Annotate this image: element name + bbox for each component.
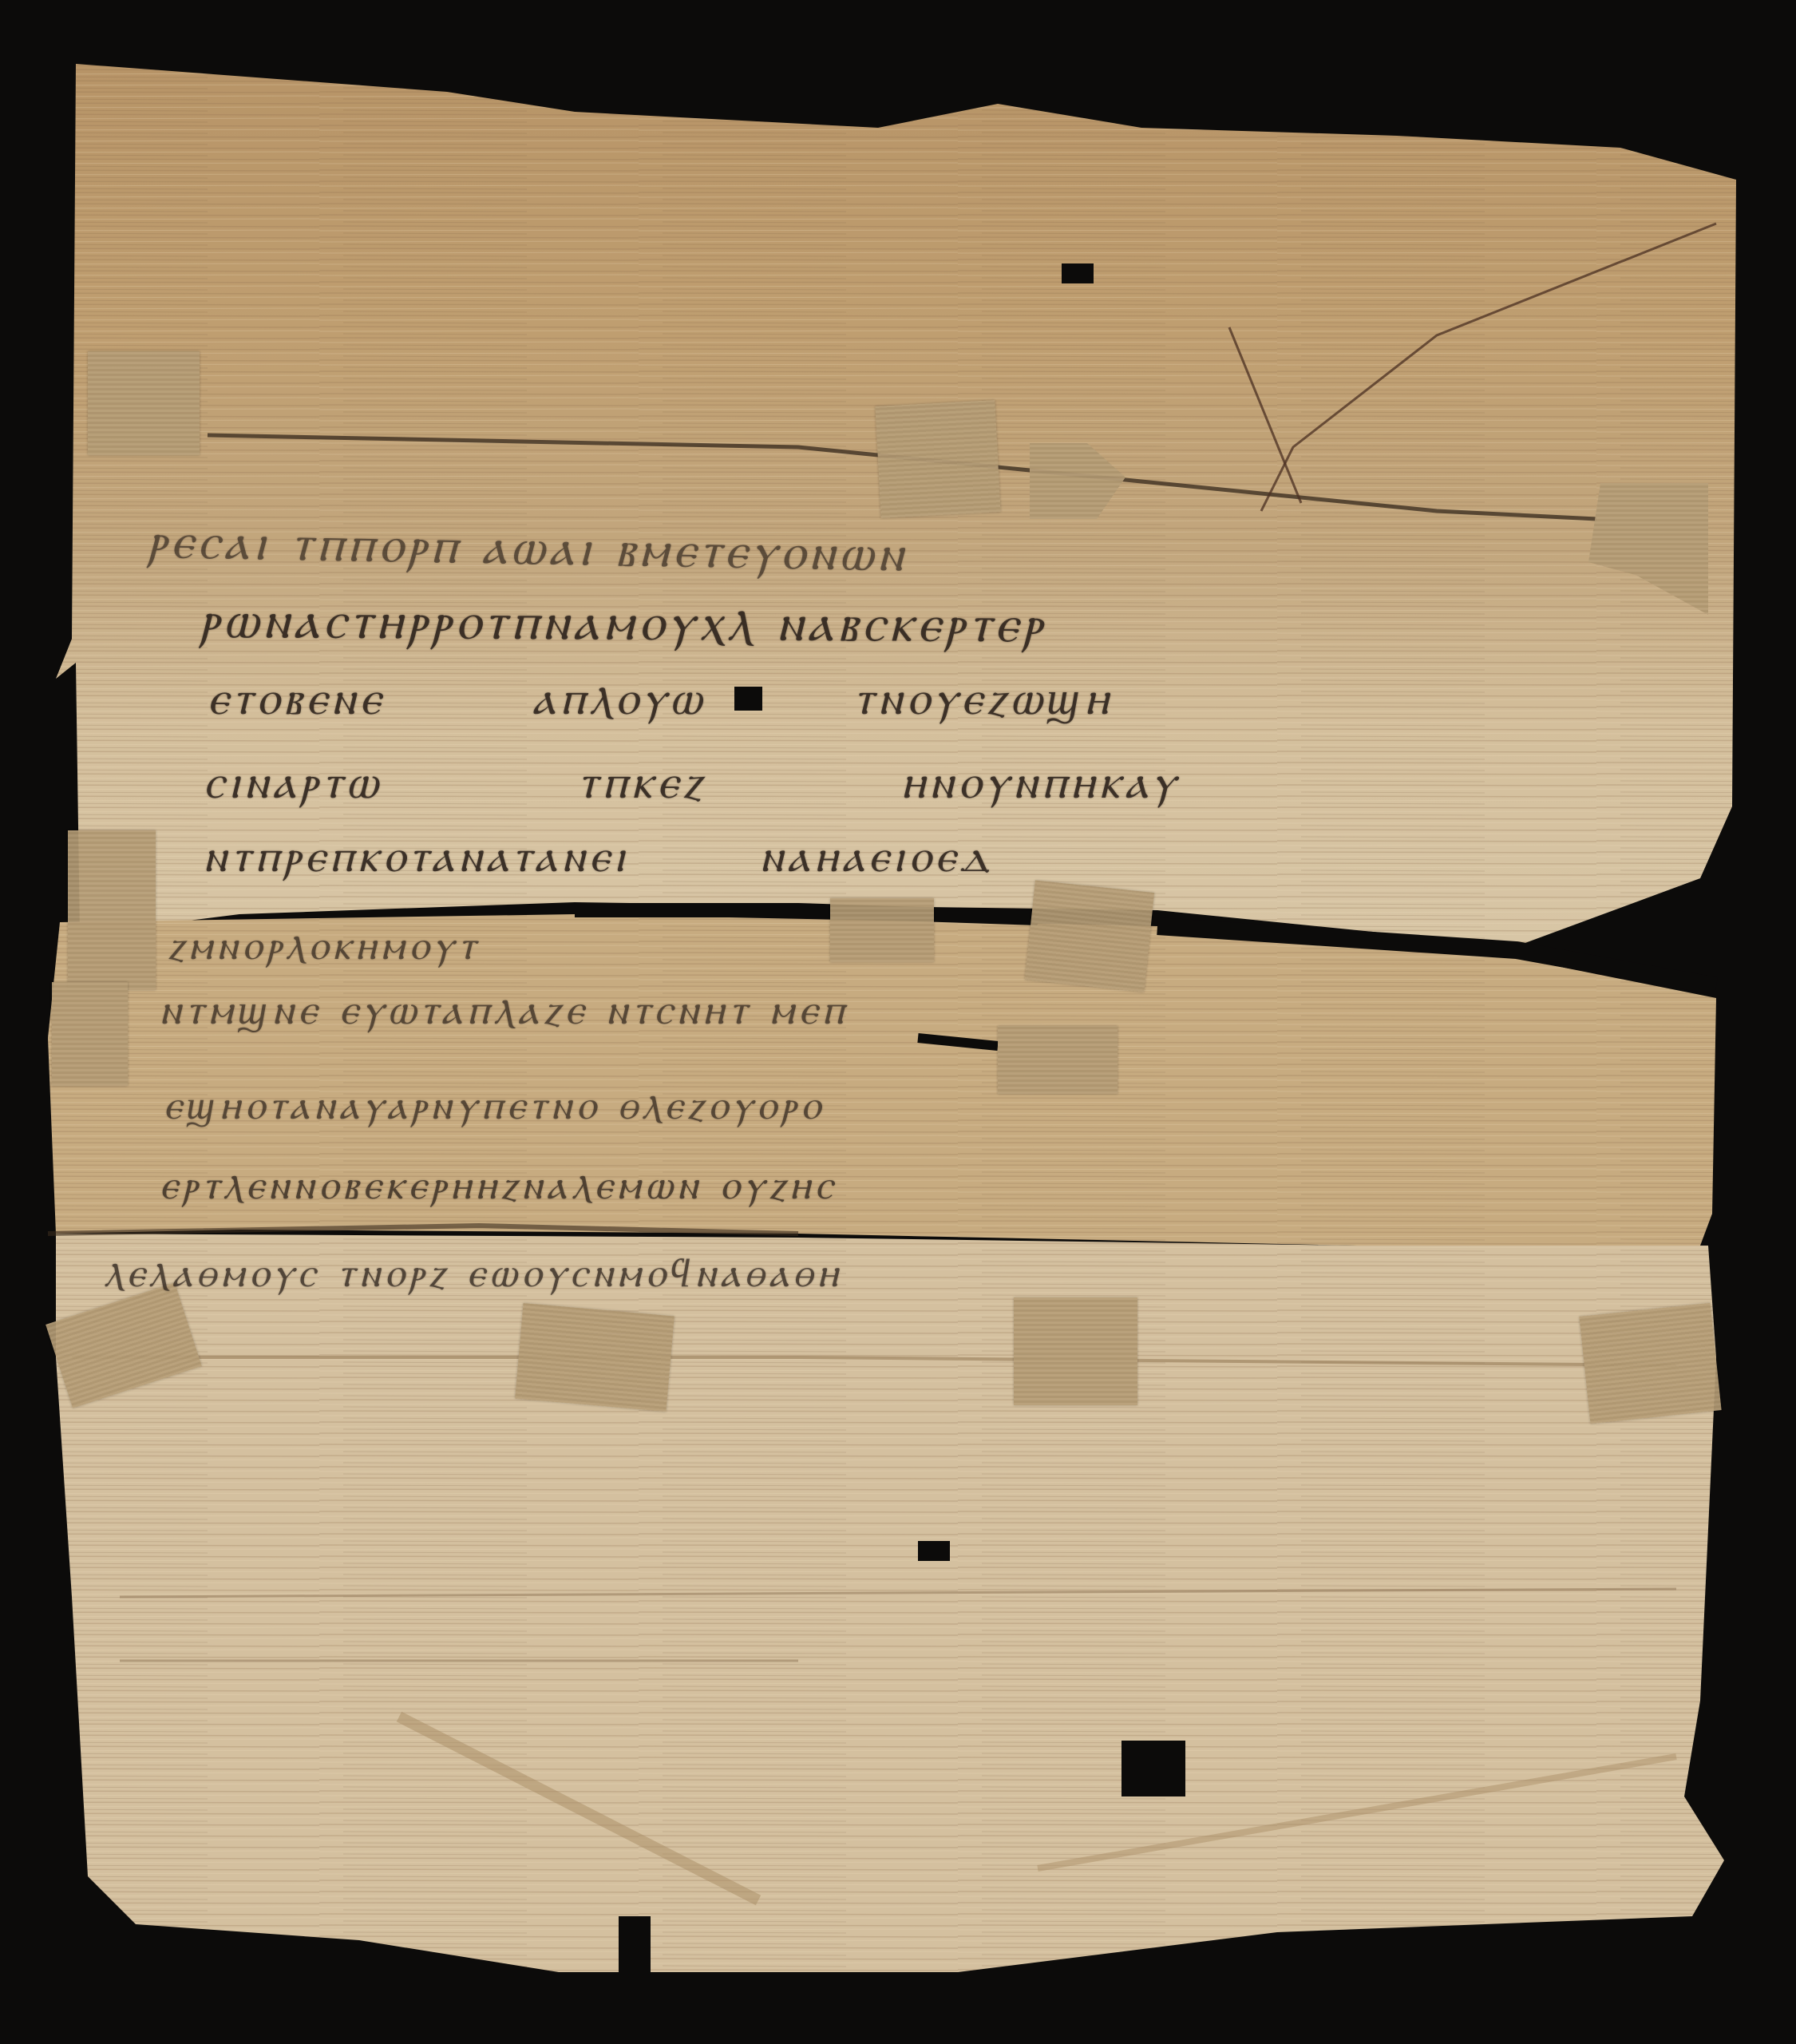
manuscript-line-6: ⲍⲙⲛⲟⲣⲗⲟⲕⲏⲙⲟⲩⲧ [168, 922, 481, 969]
manuscript-line-10: ⲗⲉⲗⲁⲑⲙⲟⲩⲥ ⲧⲛⲟⲣⲍ ⲉⲱⲟⲩⲥⲛⲙⲟϥⲛⲁⲑⲁⲑⲏ [104, 1250, 842, 1297]
repair-patch [1579, 1303, 1721, 1424]
papyrus-hole [918, 1541, 950, 1561]
manuscript-line-9: ⲉⲣⲧⲗⲉⲛⲛⲟⲃⲉⲕⲉⲣⲏⲏⲍⲛⲁⲗⲉⲙⲱⲛ ⲟⲩⲍⲏⲥ [160, 1162, 837, 1209]
papyrus-hole [1122, 1741, 1185, 1796]
repair-patch [68, 830, 156, 990]
repair-patch [1025, 881, 1154, 992]
manuscript-line-7: ⲛⲧⲙϣⲛⲉ ⲉⲩⲱⲧⲁⲡⲗⲁⲍⲉ ⲛⲧⲥⲛⲏⲧ ⲙⲉⲡ [160, 986, 849, 1035]
repair-patch [515, 1303, 674, 1412]
repair-patch [830, 898, 934, 962]
repair-patch [52, 982, 128, 1086]
repair-patch [875, 400, 1000, 518]
manuscript-line-3: ⲉⲧⲟⲃⲉⲛⲉ ⲁⲡⲗⲟⲩⲱ ⲧⲛⲟⲩⲉⲍⲱϣⲏ [208, 671, 1113, 726]
manuscript-line-8: ⲉϣⲏⲟⲧⲁⲛⲁⲩⲁⲣⲛⲩⲡⲉⲧⲛⲟ ⲑⲗⲉⲍⲟⲩⲟⲣⲟ [164, 1082, 825, 1129]
papyrus-hole [619, 1916, 651, 1972]
repair-patch [88, 351, 200, 455]
repair-patch [998, 1026, 1118, 1094]
repair-patch [1014, 1297, 1137, 1405]
papyrus-photo: ⲣⲉⲥⲁⲓ ⲧⲡⲡⲟⲣⲡ ⲁⲱⲁⲓ ⲃⲙⲉⲧⲉⲩⲟⲛⲱⲛ ⲣⲱⲛⲁⲥⲧⲏⲣⲣⲟⲧ… [0, 0, 1796, 2044]
manuscript-line-2: ⲣⲱⲛⲁⲥⲧⲏⲣⲣⲟⲧⲡⲛⲁⲙⲟⲩⲭⲗ ⲛⲁⲃⲥⲕⲉⲣⲧⲉⲣ [200, 591, 1046, 655]
manuscript-line-5: ⲛⲧⲡⲣⲉⲡⲕⲟⲧⲁⲛⲁⲧⲁⲛⲉⲓ ⲛⲁⲏⲁⲉⲓⲟⲉⲇ [204, 830, 995, 883]
manuscript-line-4: ⲥⲓⲛⲁⲣⲧⲱ ⲧⲡⲕⲉⲍ ⲏⲛⲟⲩⲛⲡⲏⲕⲁⲩ [204, 755, 1180, 810]
papyrus-hole [1062, 263, 1094, 283]
